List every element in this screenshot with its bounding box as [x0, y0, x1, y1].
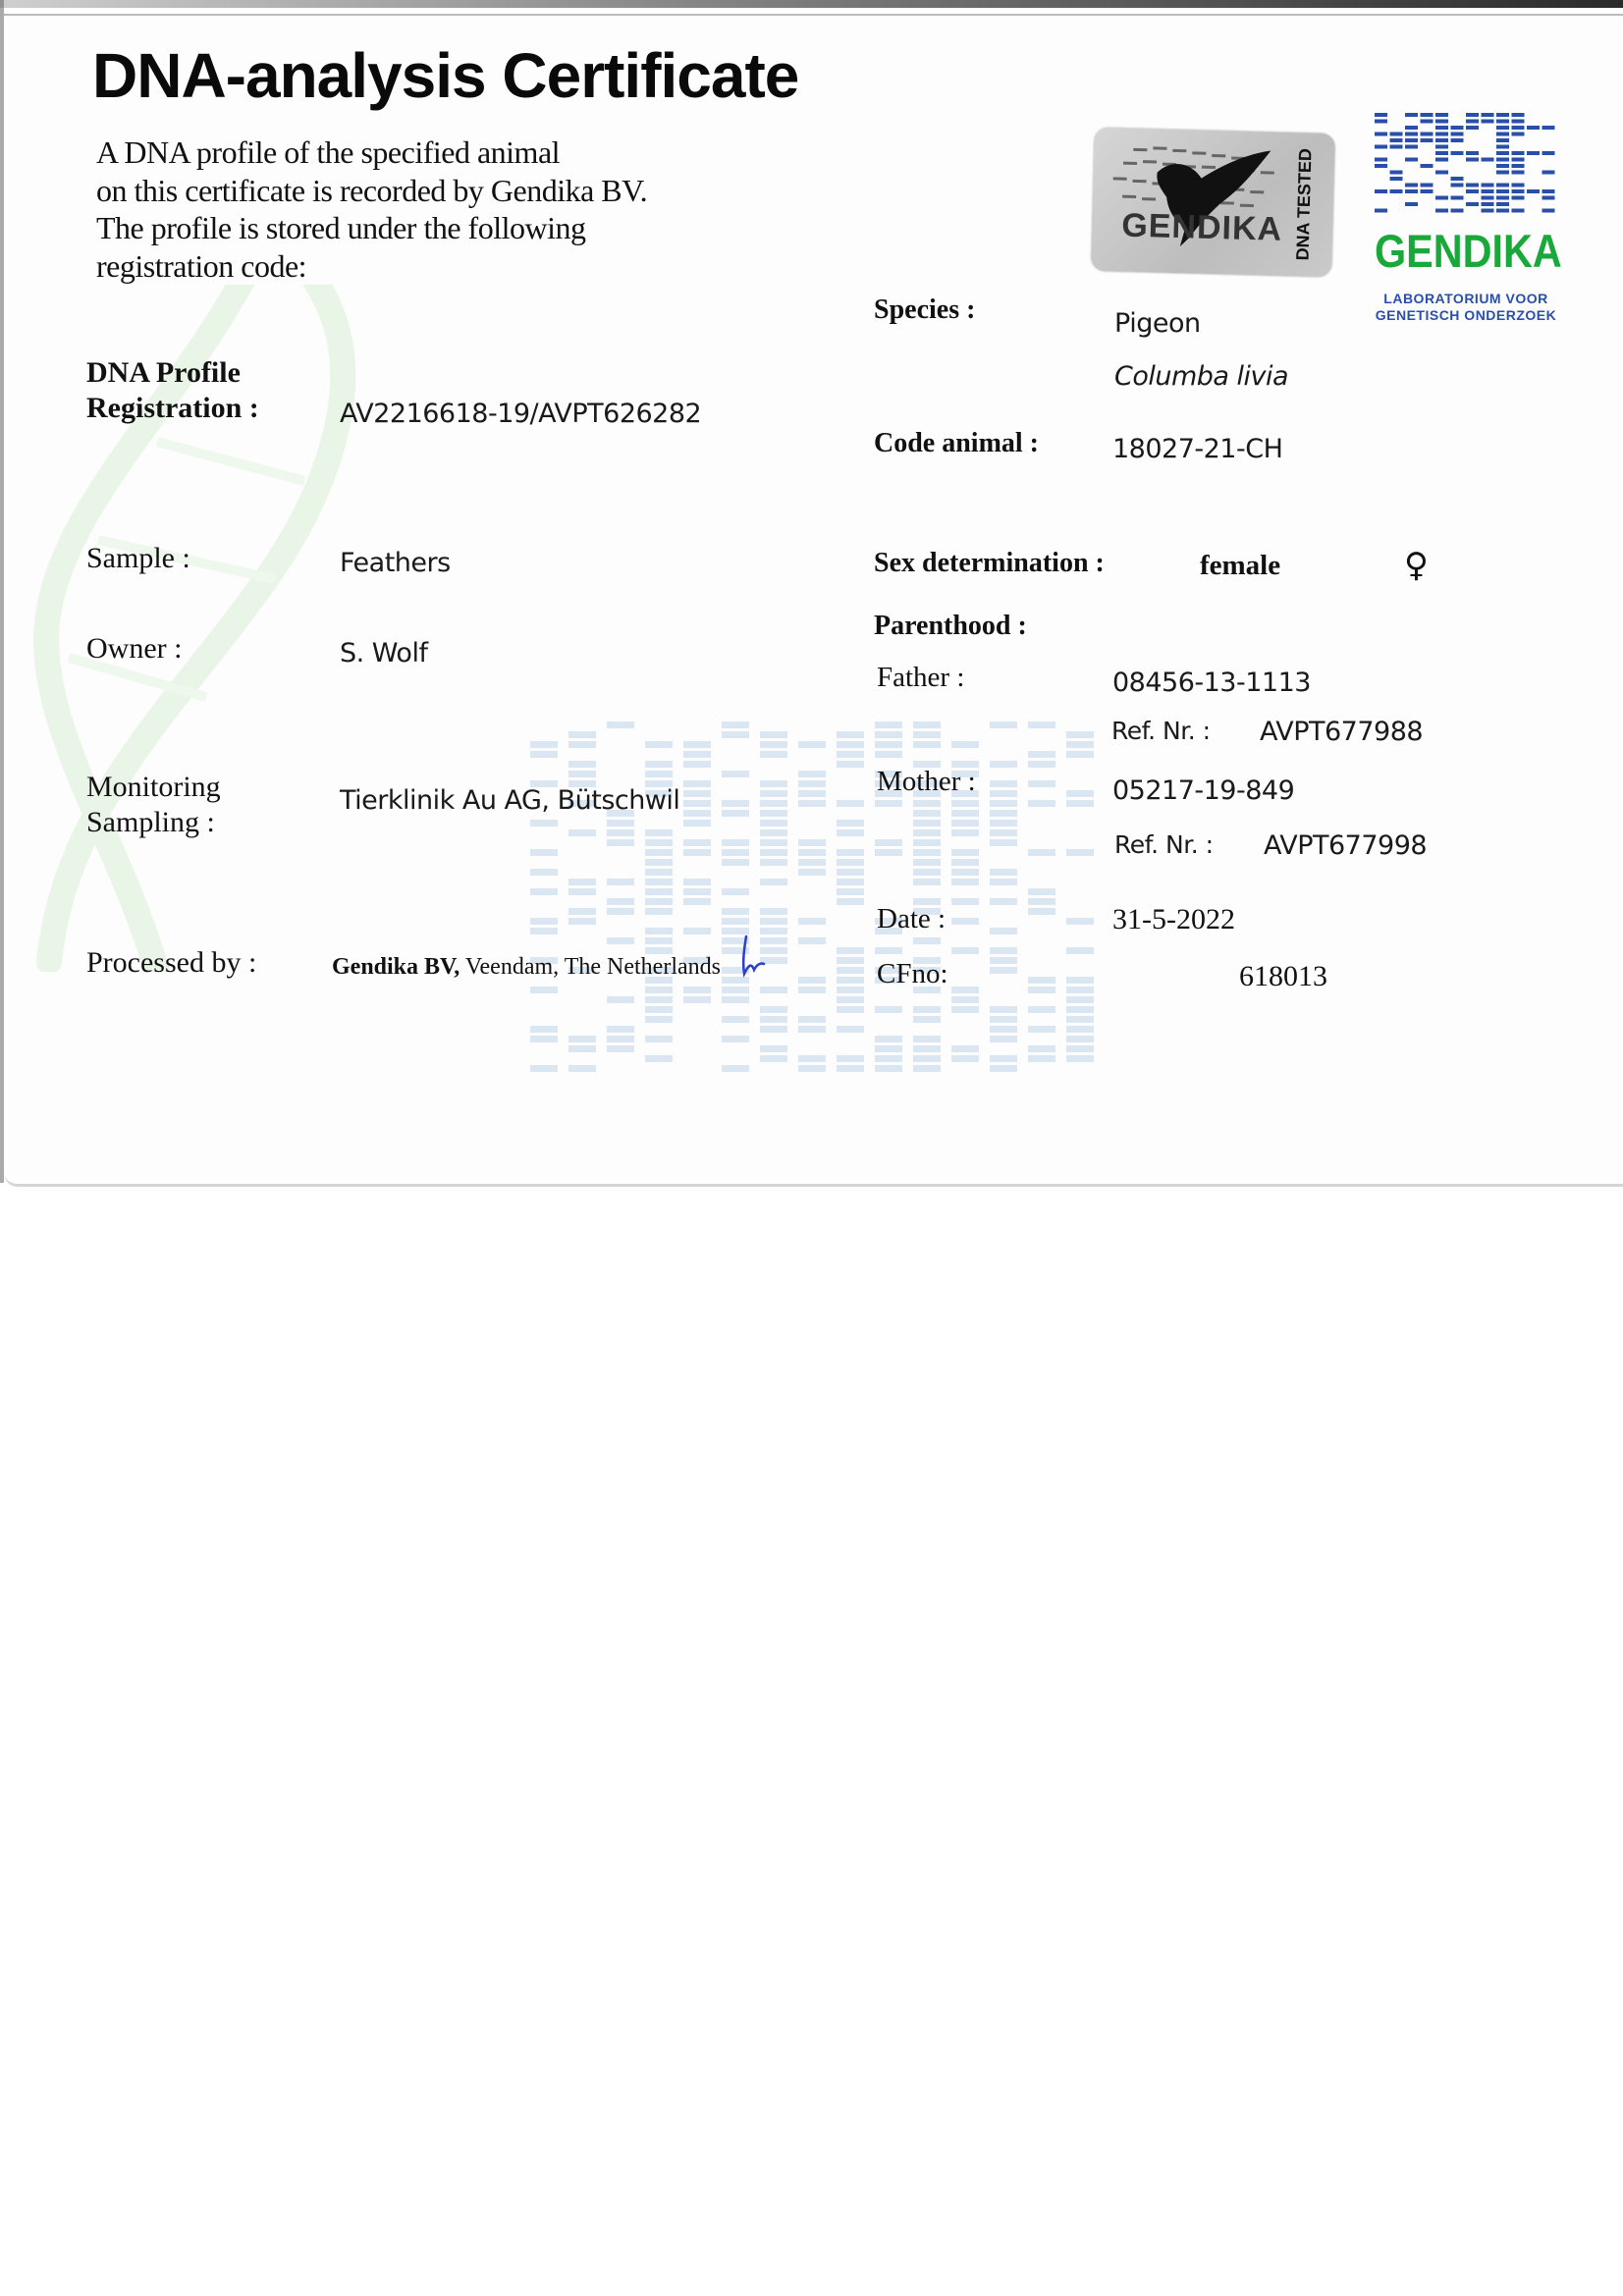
sex-determination-label: Sex determination :	[874, 548, 1105, 579]
father-value: 08456-13-1113	[1112, 667, 1311, 698]
gendika-logo-subtitle: LABORATORIUM VOOR GENETISCH ONDERZOEK	[1375, 291, 1557, 324]
gendika-logo-name: GENDIKA	[1375, 224, 1536, 278]
species-label: Species :	[874, 294, 975, 326]
father-label: Father :	[877, 662, 964, 694]
father-ref-value: AVPT677988	[1260, 717, 1423, 747]
sticker-dna-tested: DNA TESTED	[1292, 142, 1325, 267]
owner-label: Owner :	[86, 632, 182, 666]
certificate-title: DNA-analysis Certificate	[92, 39, 798, 112]
monitoring-label: Monitoring Sampling :	[86, 770, 221, 840]
label-line: DNA Profile	[86, 355, 259, 391]
label-line: Registration :	[86, 391, 259, 426]
species-latin-value: Columba livia	[1114, 361, 1288, 392]
intro-line: A DNA profile of the specified animal	[96, 133, 784, 172]
processor-location: Veendam, The Netherlands	[460, 954, 721, 980]
sample-label: Sample :	[86, 542, 190, 575]
mother-ref-label: Ref. Nr. :	[1114, 830, 1214, 859]
intro-line: The profile is stored under the followin…	[96, 209, 784, 247]
scan-top-edge	[0, 0, 1623, 8]
intro-line: registration code:	[96, 247, 784, 286]
parenthood-label: Parenthood :	[874, 611, 1027, 642]
registration-label: DNA Profile Registration :	[86, 355, 259, 426]
processed-by-value: Gendika BV, Veendam, The Netherlands	[332, 954, 721, 981]
monitoring-value: Tierklinik Au AG, Bütschwil	[340, 785, 679, 816]
mother-value: 05217-19-849	[1112, 775, 1294, 806]
registration-value: AV2216618-19/AVPT626282	[340, 399, 701, 429]
sample-value: Feathers	[340, 548, 451, 578]
mother-label: Mother :	[877, 766, 976, 798]
owner-value: S. Wolf	[340, 638, 427, 668]
label-line: Monitoring	[86, 770, 221, 805]
intro-paragraph: A DNA profile of the specified animal on…	[96, 133, 784, 285]
label-line: Sampling :	[86, 805, 221, 840]
sticker-brand: GENDIKA	[1121, 207, 1283, 249]
code-animal-label: Code animal :	[874, 428, 1039, 459]
date-label: Date :	[877, 903, 946, 935]
cfno-value: 618013	[1239, 960, 1327, 993]
gendika-logo-icon	[1375, 113, 1561, 221]
sex-value: female	[1200, 550, 1280, 582]
intro-line: on this certificate is recorded by Gendi…	[96, 172, 784, 210]
processor-name: Gendika BV,	[332, 954, 460, 980]
processed-by-label: Processed by :	[86, 946, 256, 980]
mother-ref-value: AVPT677998	[1264, 830, 1427, 861]
father-ref-label: Ref. Nr. :	[1111, 717, 1211, 745]
logo-sub-line: LABORATORIUM VOOR	[1375, 291, 1557, 307]
dna-tested-sticker: GENDIKA DNA TESTED	[1091, 128, 1335, 277]
female-symbol-icon: ♀	[1404, 546, 1429, 585]
cfno-label: CFno:	[877, 958, 948, 990]
signature-mark	[738, 934, 768, 980]
code-animal-value: 18027-21-CH	[1112, 434, 1282, 464]
species-common-value: Pigeon	[1114, 308, 1201, 339]
logo-sub-line: GENETISCH ONDERZOEK	[1375, 307, 1557, 324]
date-value: 31-5-2022	[1112, 903, 1235, 936]
